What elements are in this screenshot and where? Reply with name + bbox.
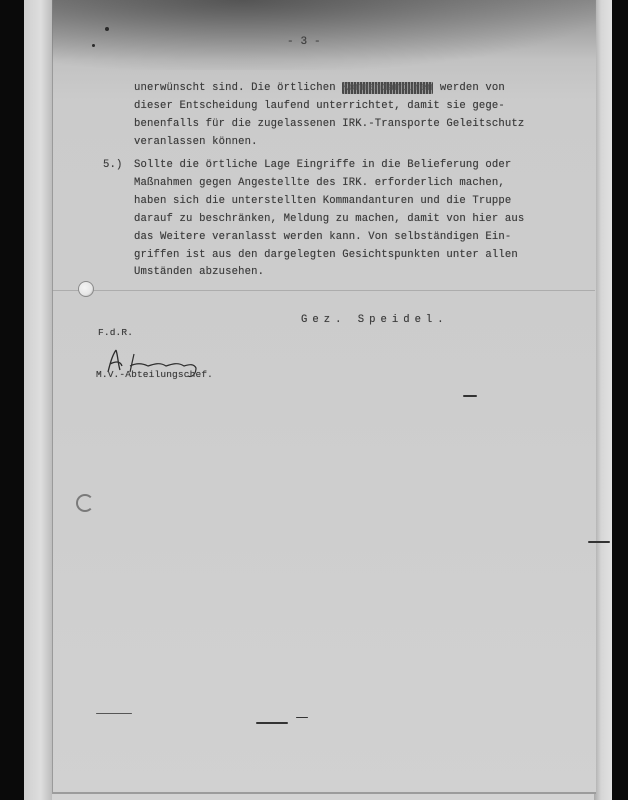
scan-backing-right xyxy=(594,0,612,800)
paragraph-5-number: 5.) xyxy=(103,159,123,171)
paragraph-5-line-3: haben sich die unterstellten Kommandantu… xyxy=(134,195,511,207)
punch-hole xyxy=(76,494,94,512)
paragraph-5-line-5: das Weitere veranlasst werden kann. Von … xyxy=(134,231,511,243)
department-title: M.V.-Abteilungschef. xyxy=(96,369,213,380)
page-number: - 3 - xyxy=(287,36,321,48)
paragraph-continued-line-1: unerwünscht sind. Die örtlichen Kommanda… xyxy=(134,82,505,94)
paragraph-5-line-6: griffen ist aus den dargelegten Gesichts… xyxy=(134,249,518,261)
paragraph-continued-line-3: benenfalls für die zugelassenen IRK.-Tra… xyxy=(134,118,524,130)
paragraph-5-line-7: Umständen abzusehen. xyxy=(134,266,264,278)
ink-mark xyxy=(463,395,477,397)
page-fold-shadow xyxy=(52,0,595,70)
ink-mark xyxy=(296,717,308,718)
ink-speck xyxy=(92,44,95,47)
line-start: unerwünscht sind. Die örtlichen xyxy=(134,82,342,94)
paper-crease xyxy=(52,290,595,291)
paragraph-5-line-4: darauf zu beschränken, Meldung zu machen… xyxy=(134,213,524,225)
paragraph-5-line-1: Sollte die örtliche Lage Eingriffe in di… xyxy=(134,159,511,171)
scan-backing-left xyxy=(24,0,52,800)
struck-word: Kommandanturen xyxy=(342,82,433,94)
fdr-label: F.d.R. xyxy=(98,327,133,338)
punch-hole xyxy=(78,281,94,297)
ink-mark xyxy=(256,722,288,724)
paragraph-continued-line-4: veranlassen können. xyxy=(134,136,258,148)
paragraph-continued-line-2: dieser Entscheidung laufend unterrichtet… xyxy=(134,100,505,112)
line-end: werden von xyxy=(433,82,505,94)
typed-signature: Gez. Speidel. xyxy=(301,314,449,326)
ink-mark xyxy=(96,713,132,714)
ink-speck xyxy=(105,27,109,31)
paragraph-5-line-2: Maßnahmen gegen Angestellte des IRK. erf… xyxy=(134,177,505,189)
ink-mark xyxy=(588,541,610,543)
